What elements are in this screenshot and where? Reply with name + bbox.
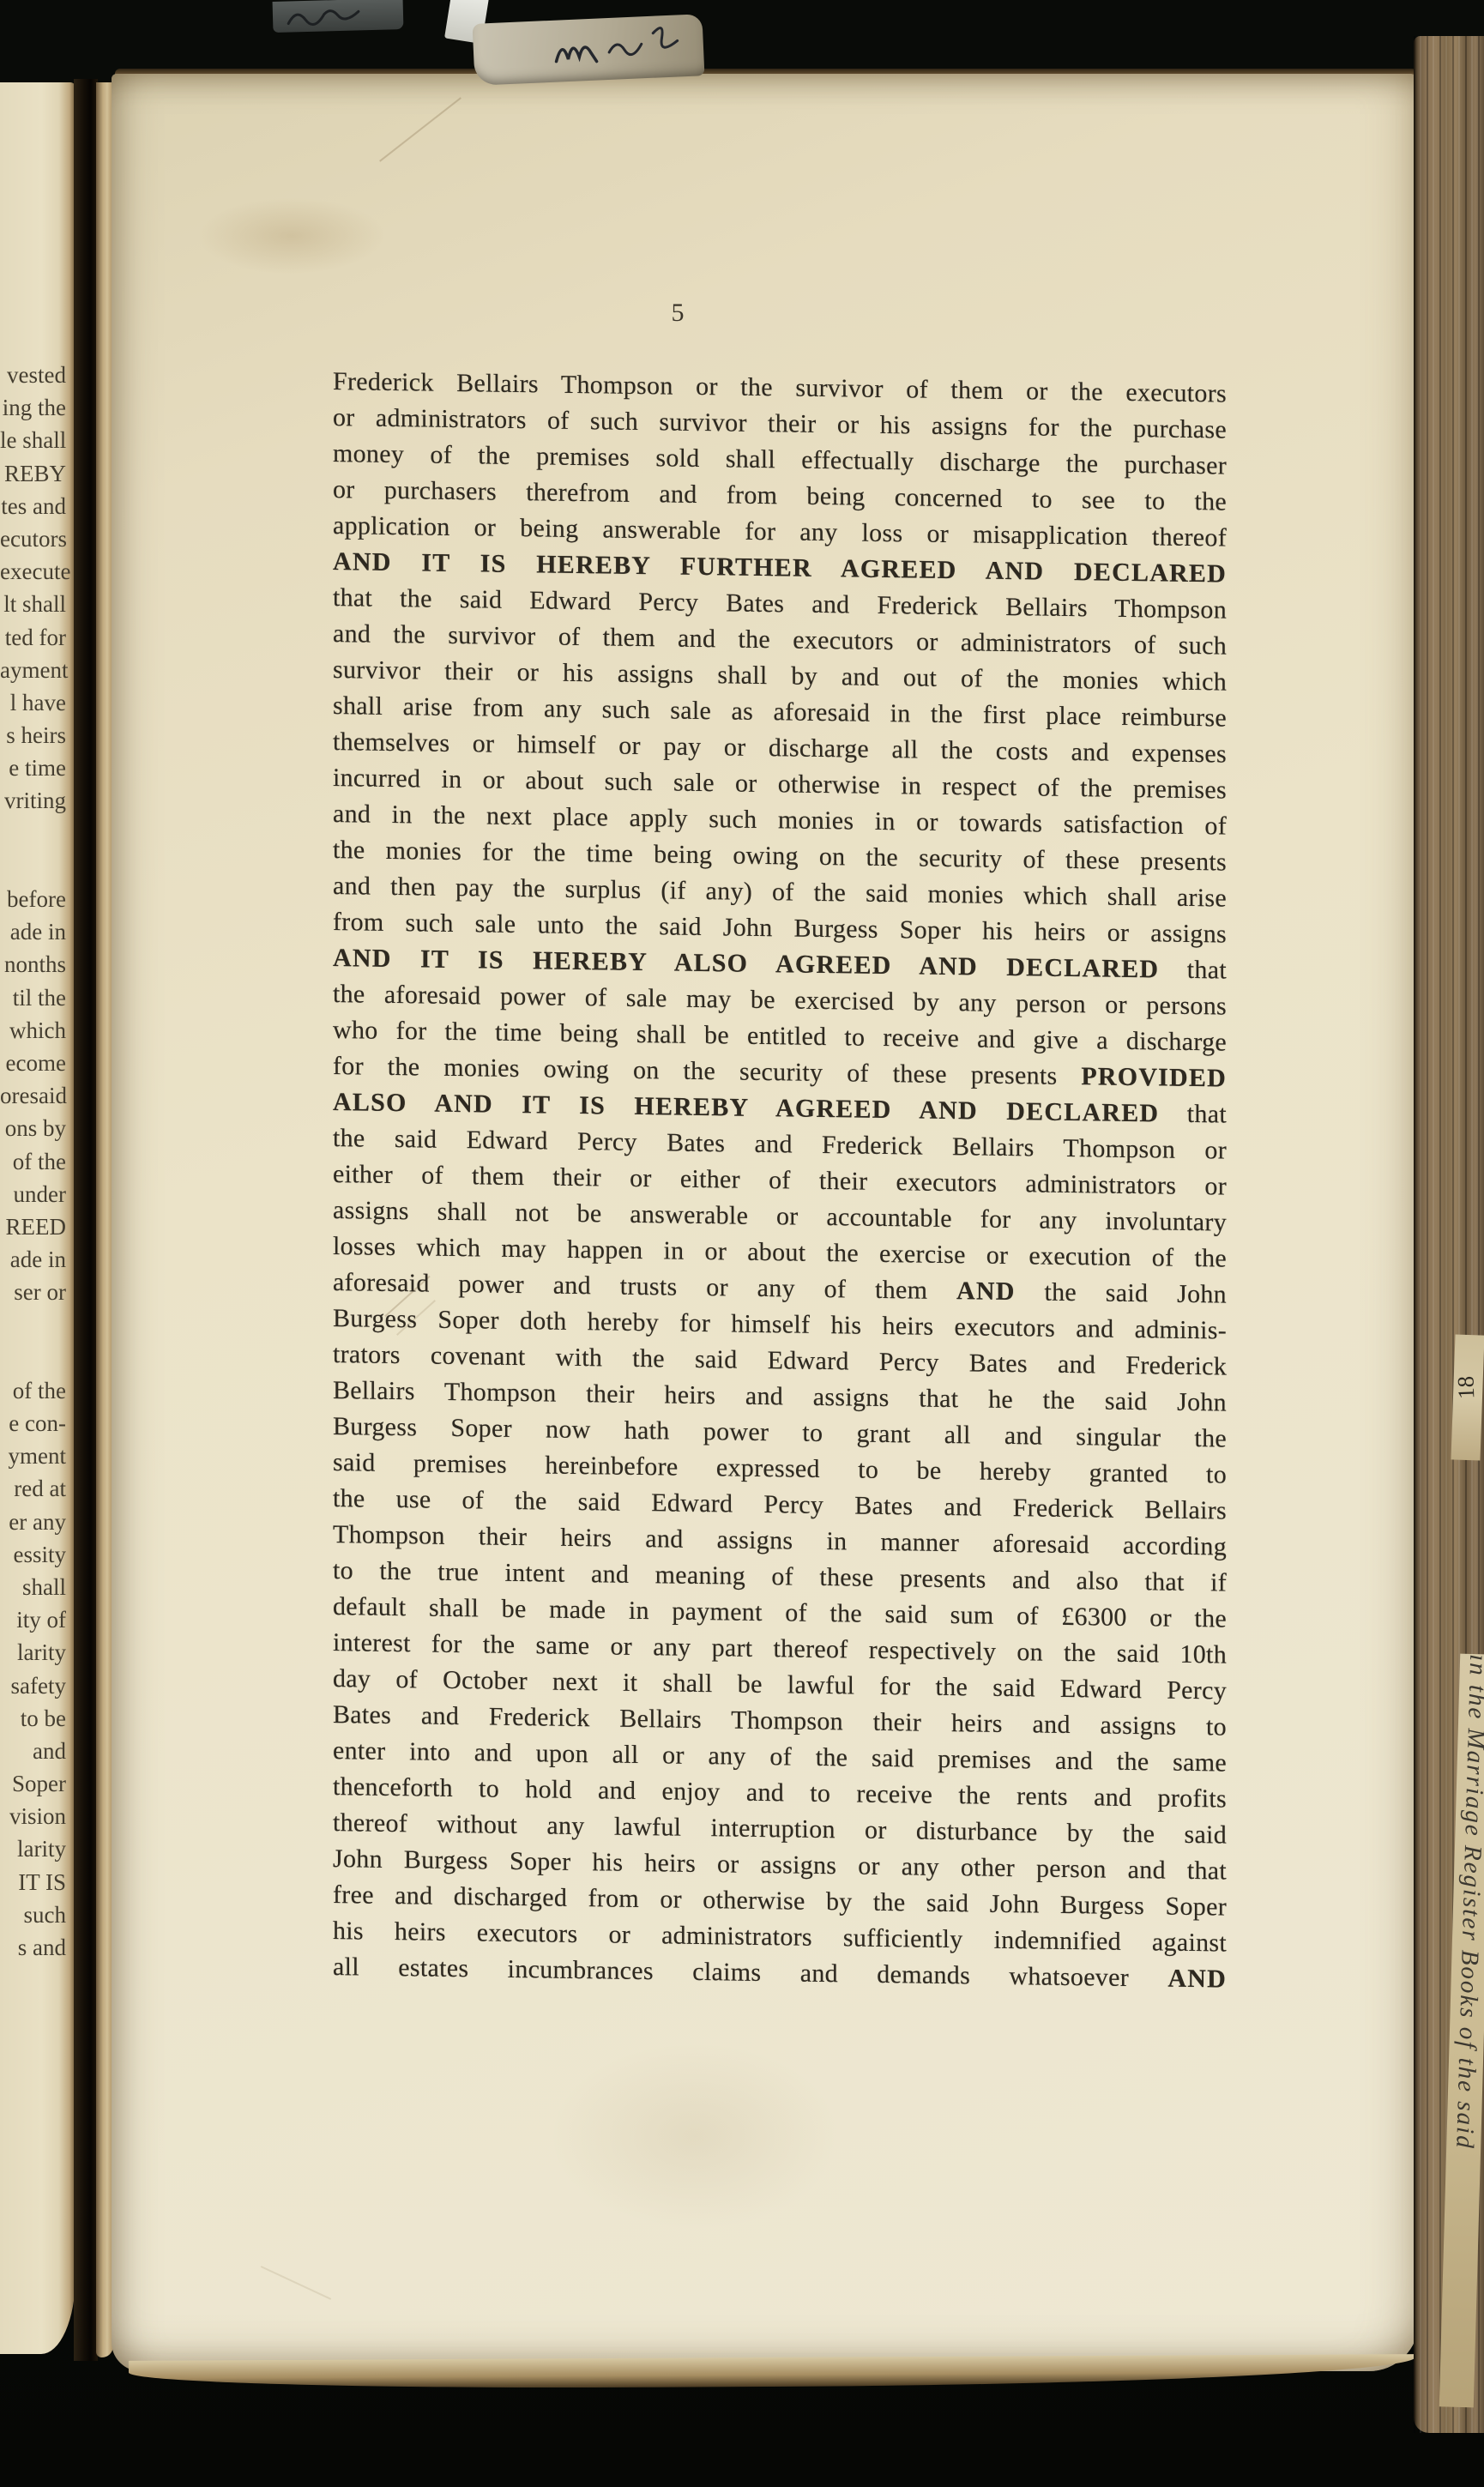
fore-edge-number-patch: 18 [1451,1334,1484,1460]
facing-page-fragment: larity [0,1832,70,1865]
facing-page-fragment: shall [0,1571,70,1603]
facing-page-fragment: s heirs [0,719,70,752]
facing-page-fragment: tes and [0,490,70,522]
facing-page-fragment: execute [0,555,70,588]
facing-page-fragment: oresaid [0,1079,70,1112]
facing-page-fragment: s and [0,1931,70,1964]
facing-page-fragment: ons by [0,1112,70,1144]
page-bottom-edge [129,2354,1415,2390]
facing-page-fragment: red at [0,1472,70,1505]
facing-page-fragment: REED [0,1210,70,1243]
facing-page-fragment [0,850,70,883]
facing-page-fragment: such [0,1898,70,1931]
facing-page-fragment: e time [0,752,70,784]
facing-page-fragment: and [0,1735,70,1767]
facing-page-fragment: before [0,883,70,915]
handwriting-icon [473,14,705,86]
facing-page-fragment [0,1342,70,1374]
facing-page-fragment: yment [0,1440,70,1472]
facing-page-fragment: vision [0,1800,70,1832]
facing-page-text-fragments: vesteding thele shallREBYtes andecutorse… [0,359,70,1964]
facing-page-fragment: le shall [0,424,70,456]
handwriting-icon [273,0,404,33]
facing-page-fragment: of the [0,1145,70,1178]
facing-page-fragment: ayment [0,654,70,686]
gutter-shadow [74,79,98,2361]
facing-page-fragment: ing the [0,391,70,424]
fore-edge-page-number: 18 [1452,1373,1480,1403]
facing-page-fragment: l have [0,686,70,719]
facing-page-fragment: ade in [0,1243,70,1276]
facing-page-fragment [0,1308,70,1341]
facing-page-fragment: ity of [0,1603,70,1636]
page-number: 5 [661,299,695,328]
facing-page-fragment: nonths [0,948,70,981]
facing-page-fragment: larity [0,1636,70,1669]
folded-letter-scrap [473,14,705,86]
facing-page-fragment: essity [0,1538,70,1571]
facing-page-fragment: to be [0,1702,70,1735]
facing-page-fragment: til the [0,981,70,1014]
facing-page-fragment: ser or [0,1276,70,1308]
facing-page-fragment: vested [0,359,70,391]
facing-page-edge: vesteding thele shallREBYtes andecutorse… [0,82,75,2354]
paper-scrap [273,0,404,33]
page-body-text: Frederick Bellairs Thompson or the survi… [333,364,1227,1998]
facing-page-fragment: REBY [0,457,70,490]
gutter-page-edge [96,82,113,2357]
scanned-book-photo: vesteding thele shallREBYtes andecutorse… [0,0,1484,2487]
facing-page-fragment: IT IS [0,1866,70,1898]
facing-page-fragment: which [0,1014,70,1047]
facing-page-fragment [0,818,70,850]
facing-page-fragment: er any [0,1506,70,1538]
facing-page-fragment: ecome [0,1047,70,1079]
facing-page-fragment: lt shall [0,588,70,620]
facing-page-fragment: ted for [0,621,70,654]
facing-page-fragment: under [0,1178,70,1210]
facing-page-fragment: Soper [0,1767,70,1800]
facing-page-fragment: of the [0,1374,70,1407]
facing-page-fragment: ecutors [0,522,70,555]
facing-page-fragment: safety [0,1669,70,1702]
facing-page-fragment: vriting [0,784,70,817]
facing-page-fragment: ade in [0,915,70,948]
facing-page-fragment: e con- [0,1407,70,1440]
